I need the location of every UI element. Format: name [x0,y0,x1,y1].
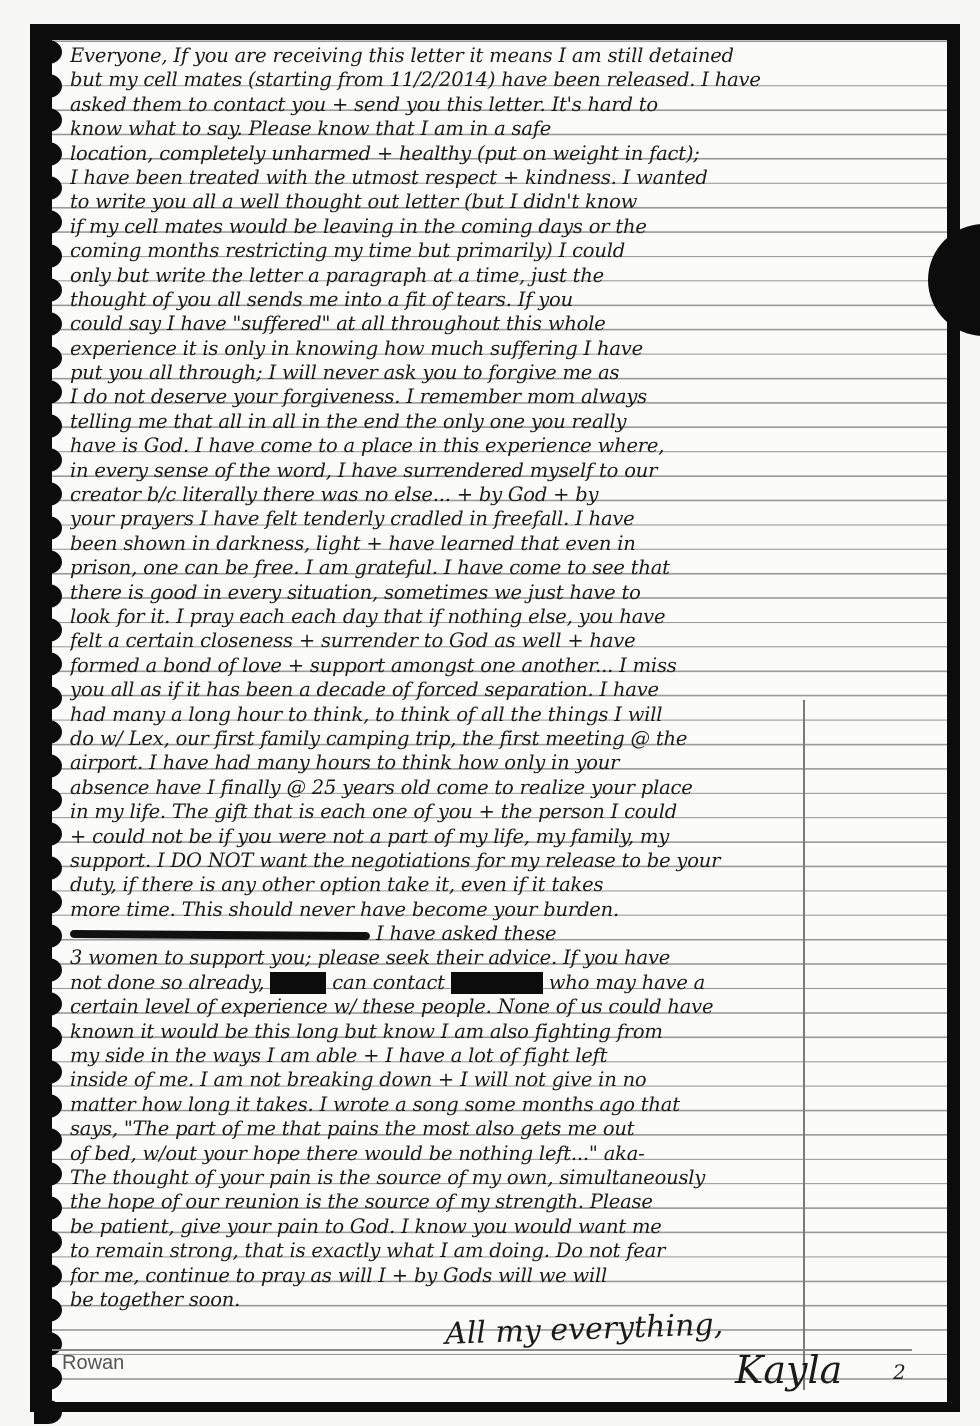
letter-line: for me, continue to pray as will I + by … [70,1264,950,1288]
scallop-notch [34,312,62,336]
scallop-notch [34,788,62,812]
scallop-notch [34,652,62,676]
scallop-notch [34,346,62,370]
scallop-notch [34,516,62,540]
scallop-notch [34,1094,62,1118]
letter-line: inside of me. I am not breaking down + I… [70,1068,950,1092]
scallop-notch [34,720,62,744]
letter-line: I have been treated with the utmost resp… [70,166,950,190]
letter-line: if my cell mates would be leaving in the… [70,215,950,239]
letter-line: The thought of your pain is the source o… [70,1166,950,1190]
letter-line: known it would be this long but know I a… [70,1020,950,1044]
letter-line: asked them to contact you + send you thi… [70,93,950,117]
letter-line: put you all through; I will never ask yo… [70,361,950,385]
letter-line: have is God. I have come to a place in t… [70,434,950,458]
letter-line: matter how long it takes. I wrote a song… [70,1093,950,1117]
letter-line: look for it. I pray each each day that i… [70,605,950,629]
scallop-notch [34,210,62,234]
scallop-notch [34,244,62,268]
letter-line: location, completely unharmed + healthy … [70,142,950,166]
scallop-notch [34,74,62,98]
letter-line: of bed, w/out your hope there would be n… [70,1142,950,1166]
letter-line: the hope of our reunion is the source of… [70,1190,950,1214]
letter-line: in my life. The gift that is each one of… [70,800,950,824]
letter-line: be patient, give your pain to God. I kno… [70,1215,950,1239]
letter-line: duty, if there is any other option take … [70,873,950,897]
scallop-notch [34,1400,62,1424]
letter-line: you all as if it has been a decade of fo… [70,678,950,702]
letter-line: to remain strong, that is exactly what I… [70,1239,950,1263]
letter-line: certain level of experience w/ these peo… [70,995,950,1019]
letter-line: know what to say. Please know that I am … [70,117,950,141]
letter-line: been shown in darkness, light + have lea… [70,532,950,556]
letter-line: says, "The part of me that pains the mos… [70,1117,950,1141]
letter-line: felt a certain closeness + surrender to … [70,629,950,653]
letter-line: there is good in every situation, someti… [70,581,950,605]
letter-line: only but write the letter a paragraph at… [70,264,950,288]
scallop-notch [34,686,62,710]
scallop-notch [34,482,62,506]
redaction-bar [451,972,543,994]
letter-line: more time. This should never have become… [70,898,950,922]
scallop-notch [34,40,62,64]
scallop-notch [34,1366,62,1390]
letter-line: coming months restricting my time but pr… [70,239,950,263]
letter-line: prison, one can be free. I am grateful. … [70,556,950,580]
letter-line: 3 women to support you; please seek thei… [70,946,950,970]
scallop-notch [34,1060,62,1084]
letter-line: experience it is only in knowing how muc… [70,337,950,361]
scallop-notch [34,550,62,574]
scallop-notch [34,822,62,846]
scallop-notch [34,618,62,642]
letter-line: my side in the ways I am able + I have a… [70,1044,950,1068]
letter-line: airport. I have had many hours to think … [70,751,950,775]
letter-line: do w/ Lex, our first family camping trip… [70,727,950,751]
scallop-notch [34,1196,62,1220]
scallop-notch [34,278,62,302]
scallop-notch [34,856,62,880]
scallop-notch [34,992,62,1016]
scallop-notch [34,1298,62,1322]
scallop-notch [34,448,62,472]
letter-line: thought of you all sends me into a fit o… [70,288,950,312]
letter-line: support. I DO NOT want the negotiations … [70,849,950,873]
letter-line: formed a bond of love + support amongst … [70,654,950,678]
scallop-notch [34,1332,62,1356]
scalloped-edge [34,40,64,1402]
scallop-notch [34,924,62,948]
scallop-notch [34,890,62,914]
letter-line: creator b/c literally there was no else.… [70,483,950,507]
letter-line: be together soon. [70,1288,950,1312]
scallop-notch [34,584,62,608]
scallop-notch [34,176,62,200]
letter-line: absence have I finally @ 25 years old co… [70,776,950,800]
scallop-notch [34,1230,62,1254]
letter-line: not done so already, can contact who may… [70,971,950,995]
scallop-notch [34,108,62,132]
footer-label: Rowan [62,1352,124,1375]
signature: Kayla [735,1348,842,1392]
letter-line: your prayers I have felt tenderly cradle… [70,507,950,531]
letter-line: could say I have "suffered" at all throu… [70,312,950,336]
letter-line: I have asked these [70,922,950,946]
letter-line: to write you all a well thought out lett… [70,190,950,214]
letter-line: but my cell mates (starting from 11/2/20… [70,68,950,92]
letter-line: had many a long hour to think, to think … [70,703,950,727]
scallop-notch [34,1162,62,1186]
letter-body: Everyone, If you are receiving this lett… [70,44,950,1312]
scallop-notch [34,142,62,166]
letter-line: + could not be if you were not a part of… [70,825,950,849]
scallop-notch [34,414,62,438]
letter-line: Everyone, If you are receiving this lett… [70,44,950,68]
scallop-notch [34,1026,62,1050]
page-number: 2 [893,1360,906,1384]
letter-line: in every sense of the word, I have surre… [70,459,950,483]
letter-line: I do not deserve your forgiveness. I rem… [70,385,950,409]
scallop-notch [34,958,62,982]
scallop-notch [34,754,62,778]
scallop-notch [34,1264,62,1288]
redaction-bar [270,972,326,994]
letter-line: telling me that all in all in the end th… [70,410,950,434]
struck-out-text [70,930,370,940]
scallop-notch [34,380,62,404]
scallop-notch [34,1128,62,1152]
